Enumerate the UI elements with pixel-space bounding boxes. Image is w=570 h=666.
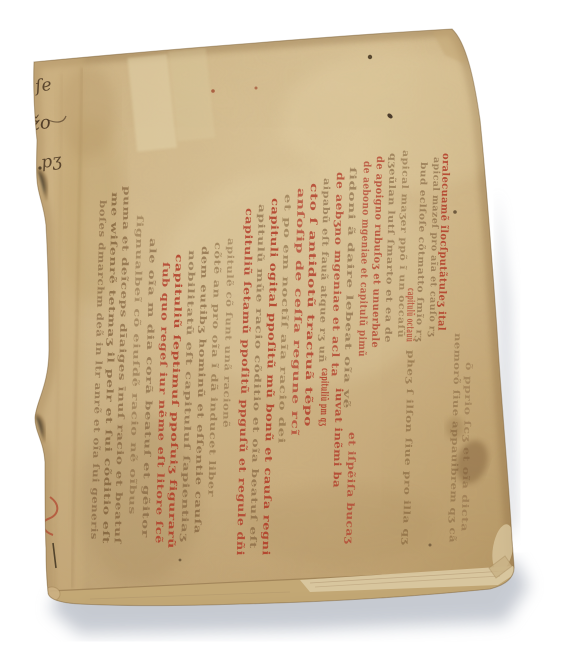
shelfmark-line: pʒ (40, 150, 63, 173)
ink-speck (368, 55, 372, 59)
shelfmark-line: žo (28, 112, 52, 135)
red-speck (255, 87, 258, 90)
spine-foot-knob (44, 587, 60, 601)
book-photo: boſes dmarchm deã in ltr anrẽ et oĩa ſui… (0, 0, 570, 666)
red-speck (211, 89, 215, 93)
manuscript-line: capituliũ pm qʒ (317, 368, 330, 426)
photo-canvas: boſes dmarchm deã in ltr anrẽ et oĩa ſui… (0, 0, 570, 666)
label-ghost (127, 48, 216, 152)
book-cover: boſes dmarchm deã in ltr anrẽ et oĩa ſui… (0, 0, 570, 666)
ink-speck (453, 210, 457, 214)
